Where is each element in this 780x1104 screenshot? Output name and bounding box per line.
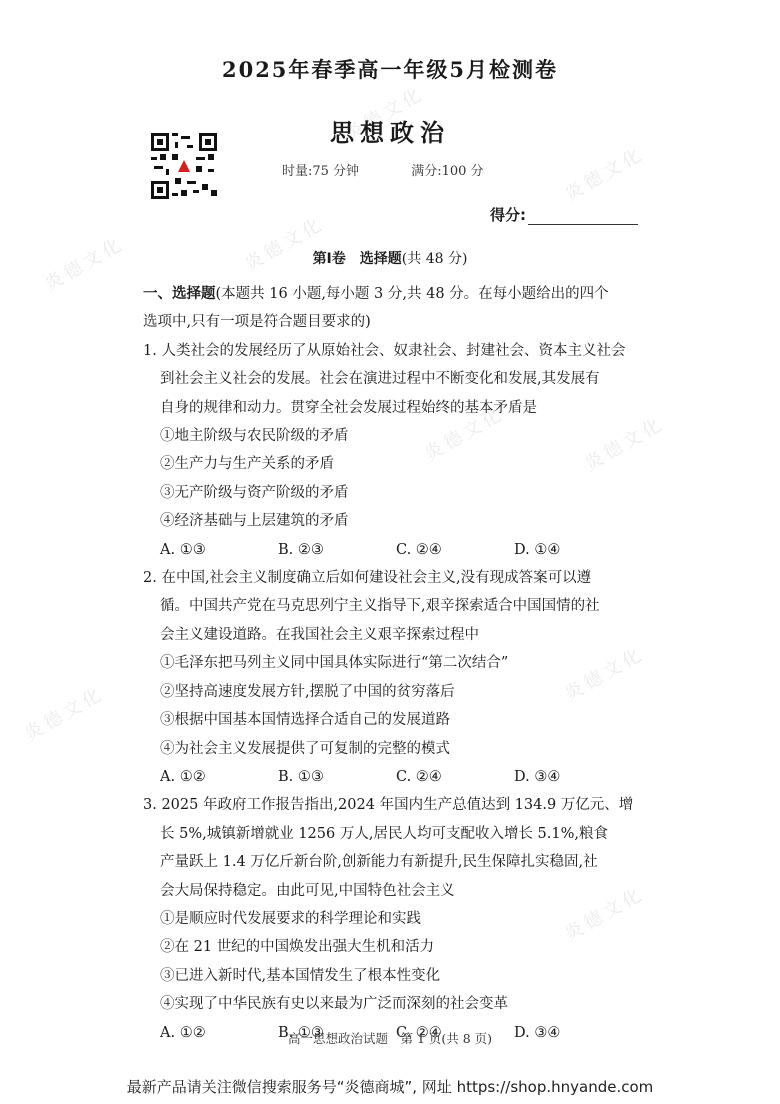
section-title-bold: 第Ⅰ卷 选择题 — [313, 251, 402, 267]
question-3-item: ①是顺应时代发展要求的科学理论和实践 — [143, 905, 643, 933]
question-2-stem: 循。中国共产党在马克思列宁主义指导下,艰辛探索适合中国国情的社 — [143, 592, 643, 620]
question-2-item: ①毛泽东把马列主义同中国具体实际进行“第二次结合” — [143, 649, 643, 677]
exam-title: 2025年春季高一年级5月检测卷 — [0, 54, 780, 84]
question-2-item: ③根据中国基本国情选择合适自己的发展道路 — [143, 706, 643, 734]
question-3-item: ②在 21 世纪的中国焕发出强大生机和活力 — [143, 933, 643, 961]
question-1-item: ②生产力与生产关系的矛盾 — [143, 450, 643, 478]
instruction-text: (本题共 16 小题,每小题 3 分,共 48 分。在每小题给出的四个 — [216, 286, 609, 302]
option-c[interactable]: C. ②④ — [396, 763, 514, 791]
time-limit: 时量:75 分钟 — [282, 164, 359, 179]
question-2-options: A. ①② B. ①③ C. ②④ D. ③④ — [143, 763, 643, 791]
questions-content: 一、选择题(本题共 16 小题,每小题 3 分,共 48 分。在每小题给出的四个… — [143, 280, 643, 1047]
instruction: 一、选择题(本题共 16 小题,每小题 3 分,共 48 分。在每小题给出的四个 — [143, 280, 643, 308]
promo-banner: 最新产品请关注微信搜索服务号“炎德商城”, 网址 https://shop.hn… — [0, 1076, 780, 1097]
question-3-stem: 产量跃上 1.4 万亿斤新台阶,创新能力有新提升,民生保障扎实稳固,社 — [143, 848, 643, 876]
question-2-stem: 会主义建设道路。在我国社会主义艰辛探索过程中 — [143, 621, 643, 649]
question-2-item: ④为社会主义发展提供了可复制的完整的模式 — [143, 735, 643, 763]
question-3-item: ③已进入新时代,基本国情发生了根本性变化 — [143, 962, 643, 990]
page-footer: 高一思想政治试题 第 1 页(共 8 页) — [0, 1029, 780, 1047]
question-1-stem: 1. 人类社会的发展经历了从原始社会、奴隶社会、封建社会、资本主义社会 — [143, 337, 643, 365]
watermark: 炎德文化 — [19, 680, 108, 747]
question-1-options: A. ①③ B. ②③ C. ②④ D. ①④ — [143, 536, 643, 564]
full-score: 满分:100 分 — [411, 164, 483, 179]
question-3-stem: 3. 2025 年政府工作报告指出,2024 年国内生产总值达到 134.9 万… — [143, 791, 643, 819]
option-c[interactable]: C. ②④ — [396, 536, 514, 564]
instruction-heading: 一、选择题 — [143, 286, 216, 302]
exam-meta: 时量:75 分钟 满分:100 分 — [282, 160, 532, 179]
question-3-stem: 长 5%,城镇新增就业 1256 万人,居民人均可支配收入增长 5.1%,粮食 — [143, 820, 643, 848]
score-field[interactable]: 得分: — [490, 204, 638, 225]
question-2-item: ②坚持高速度发展方针,摆脱了中国的贫穷落后 — [143, 678, 643, 706]
subject-title: 思想政治 — [0, 113, 780, 148]
score-label: 得分: — [490, 204, 526, 225]
question-1-item: ①地主阶级与农民阶级的矛盾 — [143, 422, 643, 450]
option-b[interactable]: B. ②③ — [278, 536, 396, 564]
option-d[interactable]: D. ①④ — [514, 536, 632, 564]
option-a[interactable]: A. ①③ — [160, 536, 278, 564]
score-blank[interactable] — [528, 208, 638, 225]
question-1-stem: 到社会主义社会的发展。社会在演进过程中不断变化和发展,其发展有 — [143, 365, 643, 393]
question-3-item: ④实现了中华民族有史以来最为广泛而深刻的社会变革 — [143, 990, 643, 1018]
option-d[interactable]: D. ③④ — [514, 763, 632, 791]
question-2-stem: 2. 在中国,社会主义制度确立后如何建设社会主义,没有现成答案可以遵 — [143, 564, 643, 592]
question-3-stem: 会大局保持稳定。由此可见,中国特色社会主义 — [143, 877, 643, 905]
question-1-item: ④经济基础与上层建筑的矛盾 — [143, 507, 643, 535]
option-b[interactable]: B. ①③ — [278, 763, 396, 791]
instruction: 选项中,只有一项是符合题目要求的) — [143, 308, 643, 336]
section-title-rest: (共 48 分) — [402, 251, 468, 267]
option-a[interactable]: A. ①② — [160, 763, 278, 791]
question-1-stem: 自身的规律和动力。贯穿全社会发展过程始终的基本矛盾是 — [143, 394, 643, 422]
question-1-item: ③无产阶级与资产阶级的矛盾 — [143, 479, 643, 507]
watermark: 炎德文化 — [559, 140, 648, 207]
section-title: 第Ⅰ卷 选择题(共 48 分) — [0, 248, 780, 268]
